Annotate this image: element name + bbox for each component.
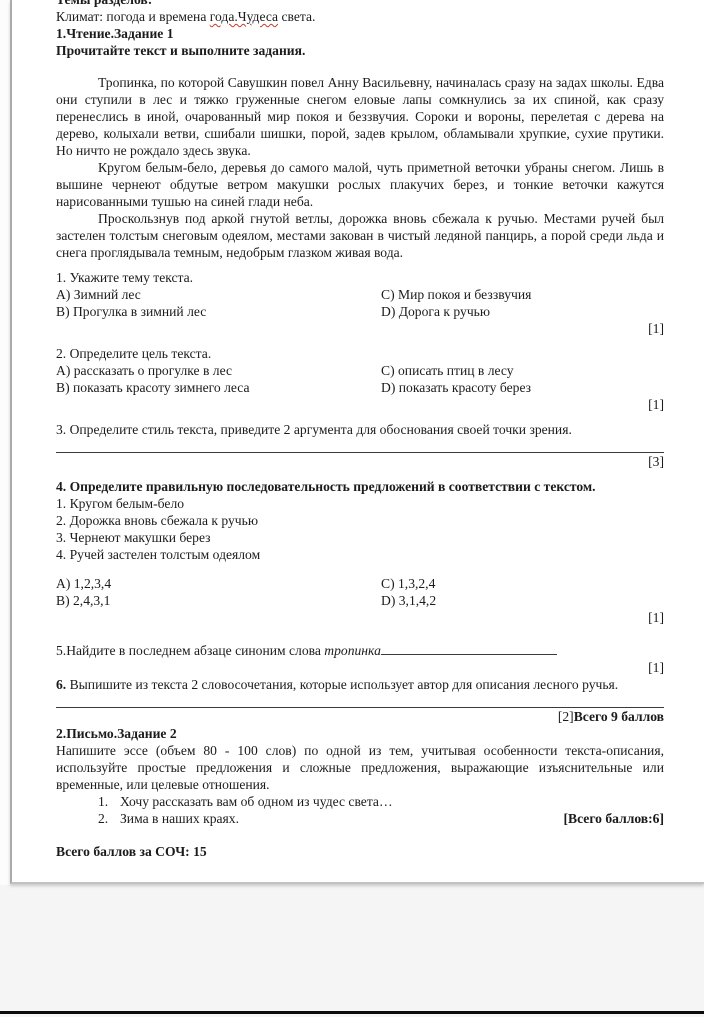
- document-viewer: Темы разделов: Климат: погода и времена …: [0, 0, 704, 1017]
- question-3-score: [3]: [56, 453, 664, 470]
- question-4-option-c: С) 1,3,2,4: [381, 575, 664, 592]
- question-5-score: [1]: [56, 659, 664, 676]
- total-score-line: Всего баллов за СОЧ: 15: [56, 843, 664, 860]
- question-3-stem: 3. Определите стиль текста, приведите 2 …: [56, 421, 664, 438]
- question-6-answer-line: [56, 696, 664, 708]
- question-4-options: А) 1,2,3,4 В) 2,4,3,1 С) 1,3,2,4 D) 3,1,…: [56, 575, 664, 609]
- question-1-score: [1]: [56, 320, 664, 337]
- question-1-option-b: В) Прогулка в зимний лес: [56, 303, 381, 320]
- question-2-option-d: D) показать красоту берез: [381, 379, 664, 396]
- document-page: Темы разделов: Климат: погода и времена …: [10, 0, 704, 884]
- question-5-stem: 5.Найдите в последнем абзаце синоним сло…: [56, 642, 664, 659]
- document-header: Темы разделов: Климат: погода и времена …: [56, 0, 664, 59]
- question-1-option-d: D) Дорога к ручью: [381, 303, 664, 320]
- question-1-option-c: С) Мир покоя и беззвучия: [381, 286, 664, 303]
- essay-topic-1-text: Хочу рассказать вам об одном из чудес св…: [120, 793, 664, 810]
- topic-line-after: света.: [278, 9, 315, 24]
- question-5-answer-line: [381, 642, 557, 655]
- essay-topic-2-number: 2.: [98, 810, 120, 827]
- question-1: 1. Укажите тему текста. А) Зимний лес В)…: [56, 269, 664, 337]
- question-4-item-1: 1. Кругом белым-бело: [56, 495, 664, 512]
- reading-paragraph-2: Кругом белым-бело, деревья до самого мал…: [56, 159, 664, 210]
- reading-instruction: Прочитайте текст и выполните задания.: [56, 42, 664, 59]
- question-1-option-a: А) Зимний лес: [56, 286, 381, 303]
- section1-total-label: Всего 9 баллов: [574, 709, 664, 724]
- question-2-option-a: А) рассказать о прогулке в лес: [56, 362, 381, 379]
- question-3-answer-line: [56, 441, 664, 453]
- essay-topic-2-text: Зима в наших краях.: [120, 810, 564, 827]
- question-4-score: [1]: [56, 609, 664, 626]
- section2-score: [Всего баллов:6]: [564, 810, 664, 827]
- essay-instruction: Напишите эссе (объем 80 - 100 слов) по о…: [56, 742, 664, 793]
- topic-line-before: Климат: погода и времена: [56, 9, 210, 24]
- page-content: Темы разделов: Климат: погода и времена …: [12, 0, 704, 860]
- question-2-options: А) рассказать о прогулке в лес В) показа…: [56, 362, 664, 396]
- question-6-stem-text: Выпишите из текста 2 словосочетания, кот…: [70, 677, 619, 692]
- question-2: 2. Определите цель текста. А) рассказать…: [56, 345, 664, 413]
- reading-text: Тропинка, по которой Савушкин повел Анну…: [56, 74, 664, 261]
- section2-title: 2.Письмо.Задание 2: [56, 725, 664, 742]
- topics-title: Темы разделов:: [56, 0, 664, 8]
- question-4-option-a: А) 1,2,3,4: [56, 575, 381, 592]
- essay-topic-2: 2. Зима в наших краях. [Всего баллов:6]: [98, 810, 664, 827]
- question-2-option-b: В) показать красоту зимнего леса: [56, 379, 381, 396]
- section-2: 2.Письмо.Задание 2 Напишите эссе (объем …: [56, 725, 664, 827]
- viewer-bottom-divider: [0, 1011, 704, 1014]
- question-6-stem: 6. Выпишите из текста 2 словосочетания, …: [56, 676, 664, 693]
- question-4-item-2: 2. Дорожка вновь сбежала к ручью: [56, 512, 664, 529]
- topic-line: Климат: погода и времена года.Чудеса све…: [56, 8, 664, 25]
- question-6-number: 6.: [56, 677, 66, 692]
- essay-topic-1-number: 1.: [98, 793, 120, 810]
- question-4-item-4: 4. Ручей застелен толстым одеялом: [56, 546, 664, 563]
- question-4-option-d: D) 3,1,4,2: [381, 592, 664, 609]
- question-4: 4. Определите правильную последовательно…: [56, 478, 664, 626]
- question-6-score: [2]Всего 9 баллов: [56, 708, 664, 725]
- question-4-stem: 4. Определите правильную последовательно…: [56, 478, 664, 495]
- question-2-score: [1]: [56, 396, 664, 413]
- question-3: 3. Определите стиль текста, приведите 2 …: [56, 421, 664, 470]
- question-4-item-3: 3. Чернеют макушки берез: [56, 529, 664, 546]
- question-1-stem: 1. Укажите тему текста.: [56, 269, 664, 286]
- question-5-stem-text: 5.Найдите в последнем абзаце синоним сло…: [56, 643, 324, 658]
- section1-title: 1.Чтение.Задание 1: [56, 25, 664, 42]
- reading-paragraph-3: Проскользнув под аркой гнутой ветлы, дор…: [56, 210, 664, 261]
- question-4-sequence: 1. Кругом белым-бело 2. Дорожка вновь сб…: [56, 495, 664, 563]
- question-6: 6. Выпишите из текста 2 словосочетания, …: [56, 676, 664, 725]
- viewer-left-gutter: [0, 0, 10, 885]
- question-6-score-bracket: [2]: [558, 709, 574, 724]
- essay-topic-1: 1. Хочу рассказать вам об одном из чудес…: [98, 793, 664, 810]
- question-2-stem: 2. Определите цель текста.: [56, 345, 664, 362]
- question-5-keyword: тропинка: [324, 643, 381, 658]
- question-5: 5.Найдите в последнем абзаце синоним сло…: [56, 642, 664, 676]
- topic-line-misspelled: года.Чудеса: [210, 9, 278, 24]
- essay-topics: 1. Хочу рассказать вам об одном из чудес…: [98, 793, 664, 827]
- question-1-options: А) Зимний лес В) Прогулка в зимний лес С…: [56, 286, 664, 320]
- question-2-option-c: С) описать птиц в лесу: [381, 362, 664, 379]
- reading-paragraph-1: Тропинка, по которой Савушкин повел Анну…: [56, 74, 664, 159]
- question-4-option-b: В) 2,4,3,1: [56, 592, 381, 609]
